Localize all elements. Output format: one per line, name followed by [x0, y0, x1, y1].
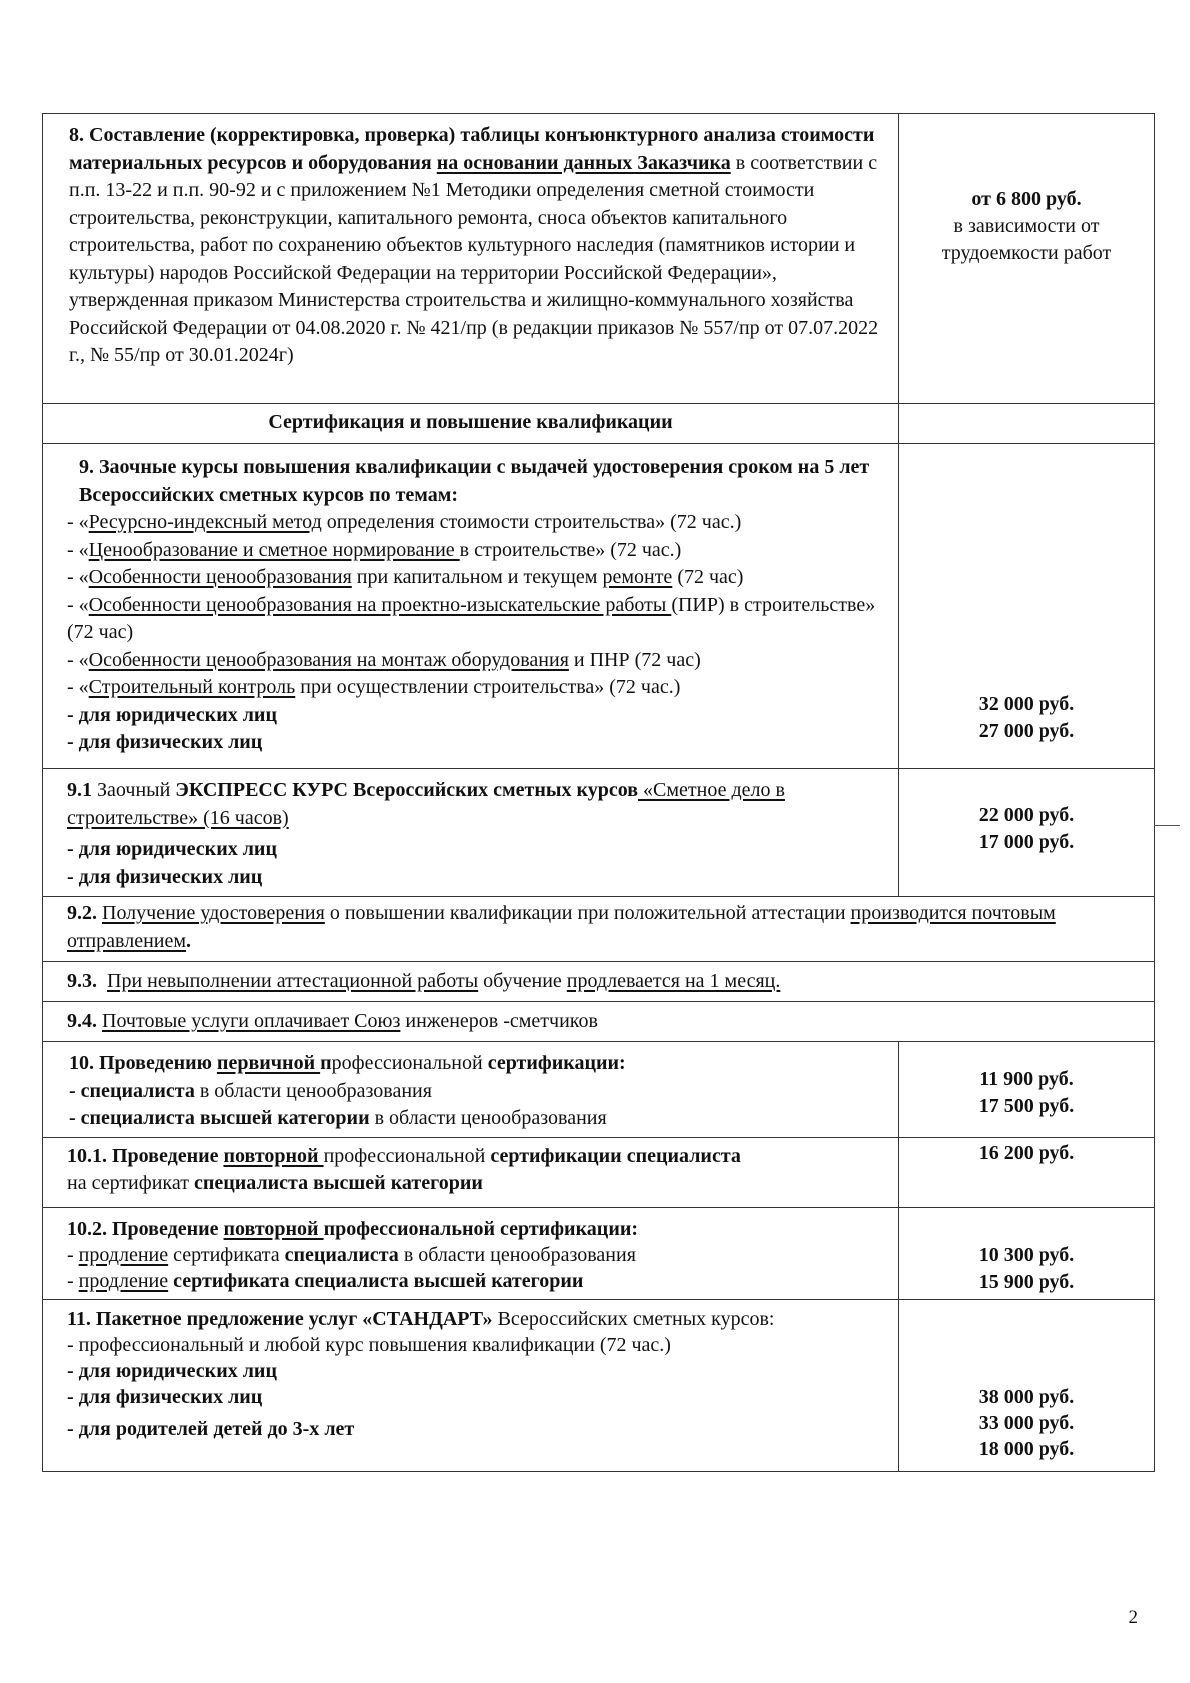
table-row: 9. Заочные курсы повышения квалификации … — [43, 444, 1155, 769]
price-legal: 22 000 руб. — [899, 802, 1154, 829]
service-price: 38 000 руб. 33 000 руб. 18 000 руб. — [899, 1299, 1155, 1471]
legal-entities-label: - для юридических лиц — [67, 702, 890, 730]
item-title: 9. Заочные курсы повышения квалификации … — [67, 454, 890, 509]
table-row: 10. Проведению первичной профессионально… — [43, 1042, 1155, 1138]
service-price: 22 000 руб. 17 000 руб. — [899, 769, 1155, 897]
price-senior-specialist: 17 500 руб. — [899, 1093, 1154, 1120]
topic-item: - «Особенности ценообразования на проект… — [67, 592, 890, 647]
price-parents: 18 000 руб. — [899, 1436, 1154, 1462]
section-header-row: Сертификация и повышение квалификации — [43, 404, 1155, 444]
legal-entities-label: - для юридических лиц — [67, 1358, 890, 1384]
price-specialist: 10 300 руб. — [899, 1242, 1154, 1269]
price-individual: 33 000 руб. — [899, 1410, 1154, 1436]
note-cell: 9.3. При невыполнении аттестационной раб… — [43, 962, 1155, 1002]
table-row: 9.1 Заочный ЭКСПРЕСС КУРС Всероссийских … — [43, 769, 1155, 897]
price-list-page: 8. Составление (корректировка, проверка)… — [42, 113, 1154, 1472]
topic-item: - «Особенности ценообразования на монтаж… — [67, 647, 890, 675]
note-cell: 9.4. Почтовые услуги оплачивает Союз инж… — [43, 1002, 1155, 1042]
table-row: 10.1. Проведение повторной профессиональ… — [43, 1137, 1155, 1207]
price-specialist: 11 900 руб. — [899, 1066, 1154, 1093]
topic-item: - «Ресурсно-индексный метод определения … — [67, 509, 890, 537]
service-price: от 6 800 руб. в зависимости от трудоемко… — [899, 114, 1155, 404]
table-row: 9.2. Получение удостоверения о повышении… — [43, 897, 1155, 962]
service-description: 11. Пакетное предложение услуг «СТАНДАРТ… — [43, 1299, 899, 1471]
page-number: 2 — [1129, 1607, 1139, 1629]
item-number: 8. — [69, 124, 84, 146]
service-description: 9. Заочные курсы повышения квалификации … — [43, 444, 899, 769]
note-cell: 9.2. Получение удостоверения о повышении… — [43, 897, 1155, 962]
item-text: в соответствии с п.п. 13-22 и п.п. 90-92… — [69, 152, 878, 367]
empty-cell — [899, 404, 1155, 444]
individuals-label: - для физических лиц — [67, 729, 890, 757]
table-row: 8. Составление (корректировка, проверка)… — [43, 114, 1155, 404]
service-price: 10 300 руб. 15 900 руб. — [899, 1207, 1155, 1299]
topic-item: - «Ценообразование и сметное нормировани… — [67, 537, 890, 565]
service-price: 11 900 руб. 17 500 руб. — [899, 1042, 1155, 1138]
service-description: 9.1 Заочный ЭКСПРЕСС КУРС Всероссийских … — [43, 769, 899, 897]
service-description: 8. Составление (корректировка, проверка)… — [43, 114, 899, 404]
parents-label: - для родителей детей до 3-х лет — [67, 1416, 890, 1442]
item-number: 10.2. Проведение — [67, 1218, 224, 1240]
price-legal: 38 000 руб. — [899, 1384, 1154, 1410]
service-description: 10.1. Проведение повторной профессиональ… — [43, 1137, 899, 1207]
section-header: Сертификация и повышение квалификации — [43, 404, 898, 434]
package-contents: - профессиональный и любой курс повышени… — [67, 1332, 890, 1358]
table-row: 9.3. При невыполнении аттестационной раб… — [43, 962, 1155, 1002]
topic-item: - «Строительный контроль при осуществлен… — [67, 674, 890, 702]
service-description: 10. Проведению первичной профессионально… — [43, 1042, 899, 1138]
price-value: 16 200 руб. — [899, 1140, 1154, 1167]
price-individual: 27 000 руб. — [899, 718, 1154, 745]
topic-item: - «Особенности ценообразования при капит… — [67, 564, 890, 592]
item-title-underlined: на основании данных Заказчика — [437, 152, 731, 174]
item-title: 11. Пакетное предложение услуг «СТАНДАРТ… — [67, 1308, 493, 1330]
table-row: 11. Пакетное предложение услуг «СТАНДАРТ… — [43, 1299, 1155, 1471]
section-header-cell: Сертификация и повышение квалификации — [43, 404, 899, 444]
price-senior-specialist: 15 900 руб. — [899, 1269, 1154, 1296]
price-table: 8. Составление (корректировка, проверка)… — [42, 113, 1155, 1472]
item-number: 9.1 — [67, 779, 92, 801]
service-description: 10.2. Проведение повторной профессиональ… — [43, 1207, 899, 1299]
legal-entities-label: - для юридических лиц — [67, 836, 890, 864]
item-number: 10. Проведению — [69, 1052, 217, 1074]
individuals-label: - для физических лиц — [67, 1384, 890, 1410]
table-row: 10.2. Проведение повторной профессиональ… — [43, 1207, 1155, 1299]
service-price: 16 200 руб. — [899, 1137, 1155, 1207]
price-value: от 6 800 руб. — [899, 186, 1154, 213]
individuals-label: - для физических лиц — [67, 864, 890, 892]
price-legal: 32 000 руб. — [899, 691, 1154, 718]
price-individual: 17 000 руб. — [899, 829, 1154, 856]
item-title: ЭКСПРЕСС КУРС Всероссийских сметных курс… — [175, 779, 638, 801]
table-row: 9.4. Почтовые услуги оплачивает Союз инж… — [43, 1002, 1155, 1042]
service-price: 32 000 руб. 27 000 руб. — [899, 444, 1155, 769]
price-note: в зависимости от трудоемкости работ — [899, 213, 1154, 267]
divider-line — [1154, 825, 1180, 826]
item-number: 10.1. Проведение — [67, 1145, 224, 1167]
